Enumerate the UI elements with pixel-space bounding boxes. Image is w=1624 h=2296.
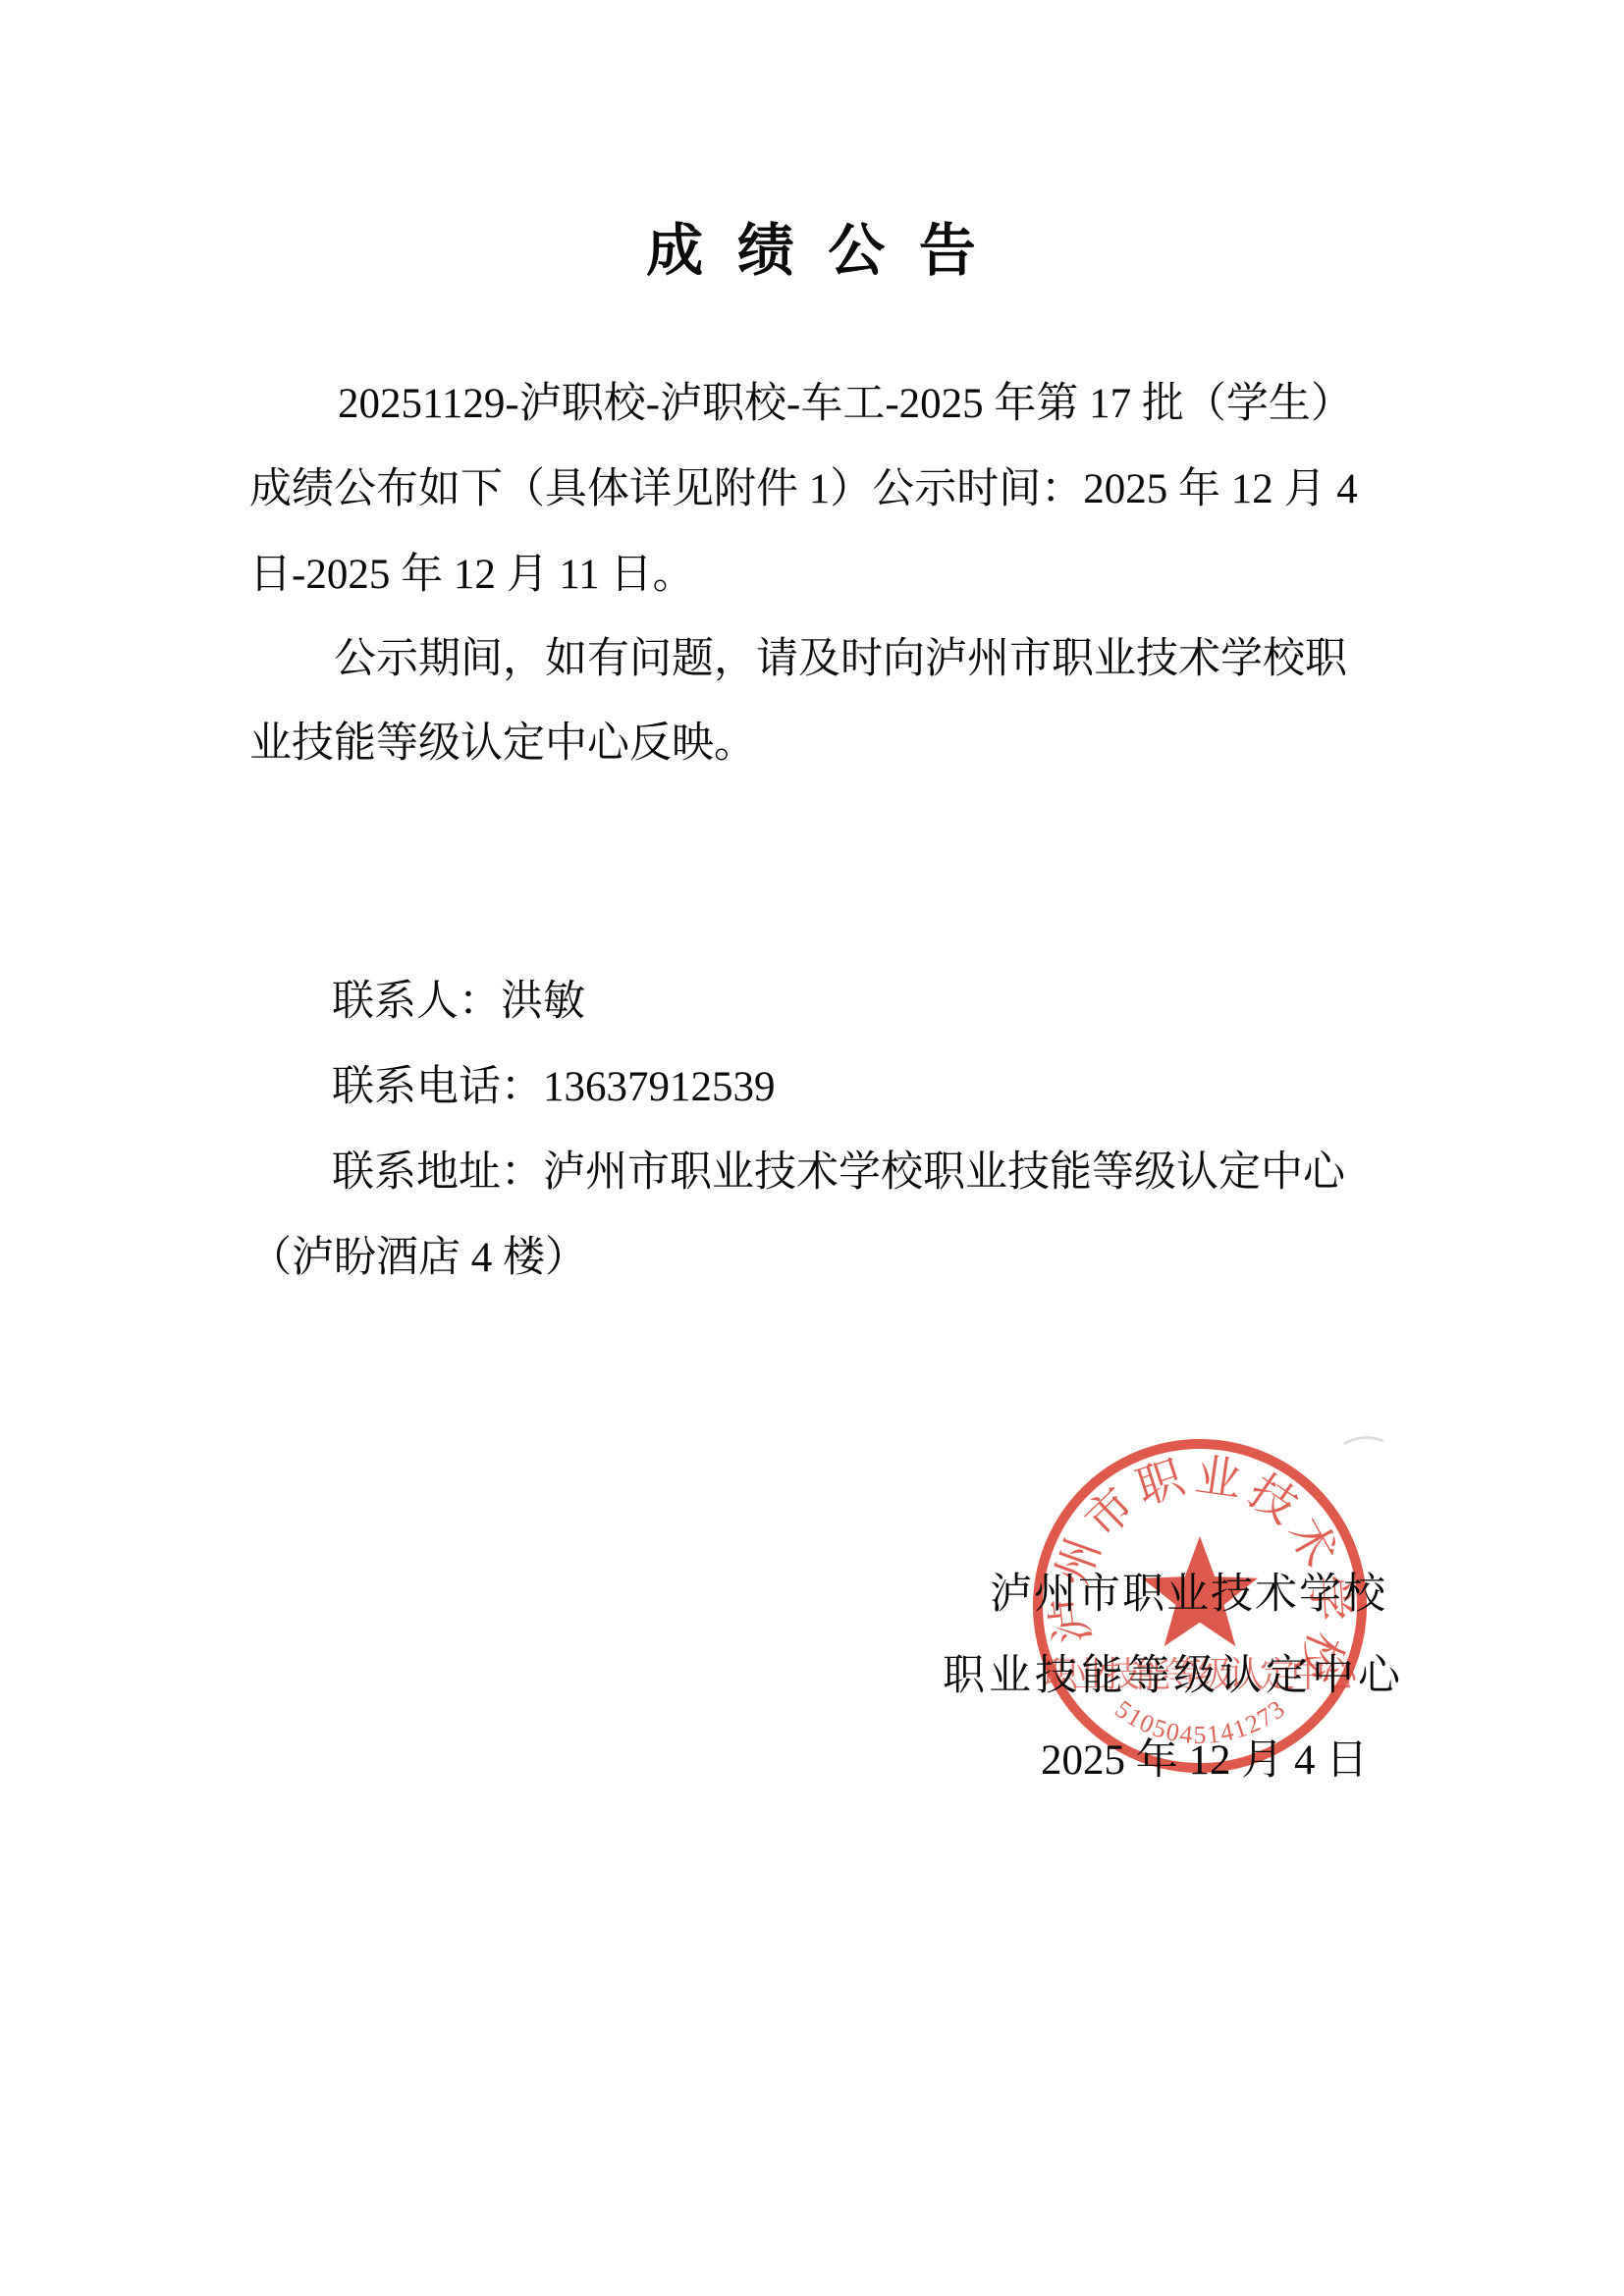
paragraph1-line3: 日-2025 年 12 月 11 日。 [249,552,694,599]
contact-phone: 联系电话：13637912539 [332,1064,776,1111]
signature-org-line1: 泸州市职业技术学校 [990,1572,1387,1619]
contact-address-line2: （泸盼酒店 4 楼） [249,1235,587,1282]
paragraph2-line1: 公示期间，如有问题，请及时向泸州市职业技术学校职 [334,636,1347,683]
signature-org-line2: 职业技能等级认定中心 [943,1653,1404,1700]
paragraph1-line1: 20251129-泸职校-泸职校-车工-2025 年第 17 批（学生） [338,381,1353,428]
paragraph2-line2: 业技能等级认定中心反映。 [249,721,756,768]
contact-address-line1: 联系地址：泸州市职业技术学校职业技能等级认定中心 [332,1149,1345,1197]
paragraph1-line2: 成绩公布如下（具体详见附件 1）公示时间：2025 年 12 月 4 [249,466,1358,513]
announcement-document: 泸州市职业技术学校 职业技能等级认定中心 5105045141273 成 绩 公… [0,0,1624,2296]
signature-date: 2025 年 12 月 4 日 [1041,1737,1368,1785]
page-title: 成 绩 公 告 [0,204,1624,287]
contact-person: 联系人：洪敏 [332,979,585,1026]
scan-artifact-mark [1338,1428,1397,1454]
